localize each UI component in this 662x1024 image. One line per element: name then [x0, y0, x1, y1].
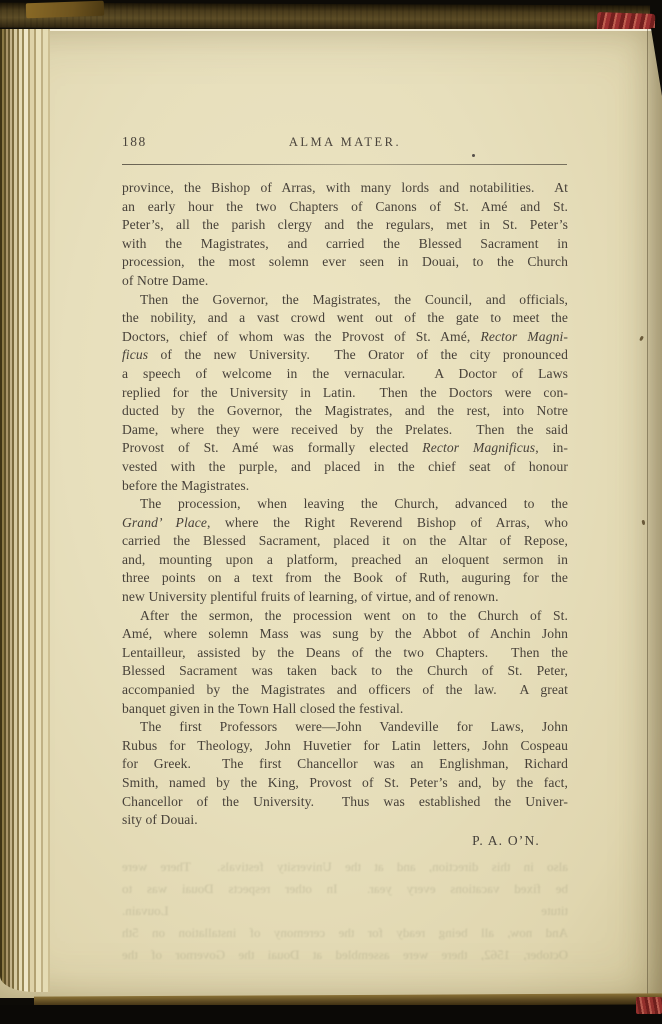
paragraph: The procession, when leaving the Church,… [122, 495, 568, 607]
paragraph: Then the Governor, the Magistrates, the … [122, 291, 568, 496]
paragraph: After the sermon, the procession went on… [122, 607, 568, 719]
page-gutter-crease [647, 29, 662, 998]
paragraph: province, the Bishop of Arras, with many… [122, 179, 568, 291]
page-header: 188 ALMA MATER. [122, 134, 568, 154]
running-title: ALMA MATER. [122, 135, 568, 150]
scanned-book-photo: also in this direction, and at the Unive… [0, 0, 662, 1024]
stacked-page-edges [0, 29, 57, 992]
header-rule [122, 164, 567, 165]
red-headband-bottom [636, 997, 662, 1014]
binding-gold-detail [26, 1, 104, 19]
page-content: 188 ALMA MATER. province, the Bishop of … [122, 0, 568, 1024]
ink-speck [472, 154, 475, 157]
paragraph: The first Professors were—John Vandevill… [122, 718, 568, 830]
page-body: province, the Bishop of Arras, with many… [122, 179, 568, 830]
author-initials: P. A. O’N. [122, 833, 568, 849]
